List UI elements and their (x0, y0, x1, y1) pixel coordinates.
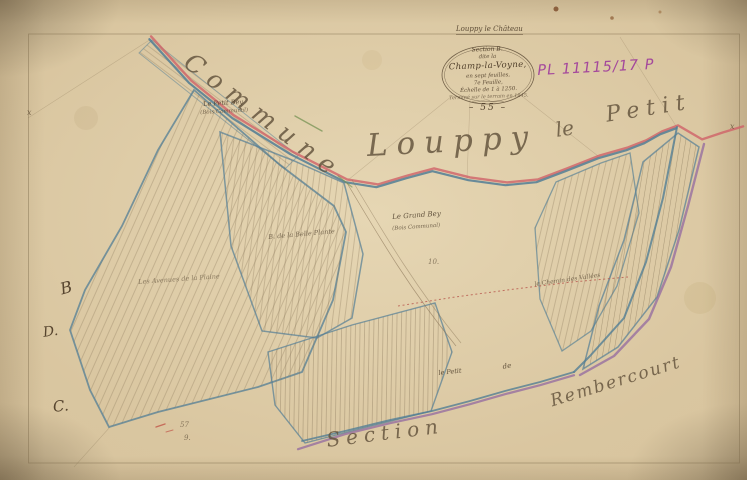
label-route-de: de (502, 362, 512, 371)
margin-letter-c: C. (52, 396, 70, 416)
word-le: le (554, 115, 575, 141)
parcel-mark: 10. (428, 258, 439, 266)
margin-x-right: x (730, 122, 735, 131)
margin-letter-d: D. (42, 323, 59, 341)
margin-x-left: x (27, 108, 32, 117)
parcel-mark: 57 (180, 421, 189, 429)
cartouche: Section B. dite la Champ-la-Voyne, en se… (439, 44, 537, 101)
map-sheet: Louppy le Château Section B. dite la Cha… (0, 0, 747, 480)
parcel-mark: 9. (184, 434, 191, 442)
sheet-number: – 55 – (458, 103, 518, 113)
commune-note: Louppy le Château (456, 25, 523, 35)
